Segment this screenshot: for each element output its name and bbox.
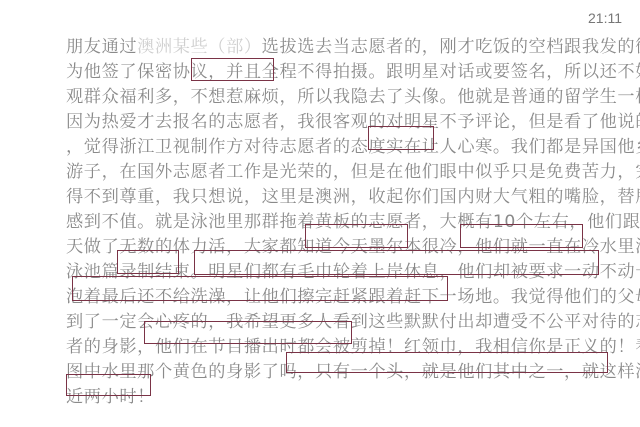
line-text: 选拔选去当志愿者的，刚才吃饭的空档跟我发的微信，因 — [262, 37, 640, 57]
highlight-box — [144, 321, 352, 344]
highlight-box — [286, 352, 608, 373]
highlight-box — [460, 224, 583, 248]
article-line: 游子，在国外志愿者工作是光荣的，但是在他们眼中似乎只是免费苦力，完全 — [66, 161, 640, 185]
article-line: 观群众福利多，不想惹麻烦，所以我隐去了头像。他就是普通的留学生一枚， — [66, 86, 640, 110]
highlight-box — [66, 374, 151, 396]
article-line: 因为热爱才去报名的志愿者，我很客观的对明星不予评论，但是看了他说的话 — [66, 111, 640, 135]
highlight-box — [194, 250, 599, 275]
line-text: 朋友通过 — [66, 37, 137, 57]
highlight-box — [368, 126, 434, 150]
article-line: ，觉得浙江卫视制作方对待志愿者的态度实在让人心寒。我们都是异国他乡的 — [66, 136, 640, 160]
article-line: 为他签了保密协议，并且全程不得拍摄。跟明星对话或要签名，所以还不如围 — [66, 61, 640, 85]
highlight-box — [117, 250, 179, 274]
highlight-box — [305, 224, 408, 248]
article-line: 得不到尊重，我只想说，这里是澳洲，收起你们国内财大气粗的嘴脸，替朋友 — [66, 186, 640, 210]
highlight-box — [72, 276, 448, 301]
highlight-box — [191, 58, 274, 81]
status-time: 21:11 — [588, 10, 622, 26]
article-line: 朋友通过澳洲某些（部）选拔选去当志愿者的，刚才吃饭的空档跟我发的微信，因 — [66, 36, 640, 60]
obscured-text: 澳洲某些（部） — [137, 37, 262, 57]
